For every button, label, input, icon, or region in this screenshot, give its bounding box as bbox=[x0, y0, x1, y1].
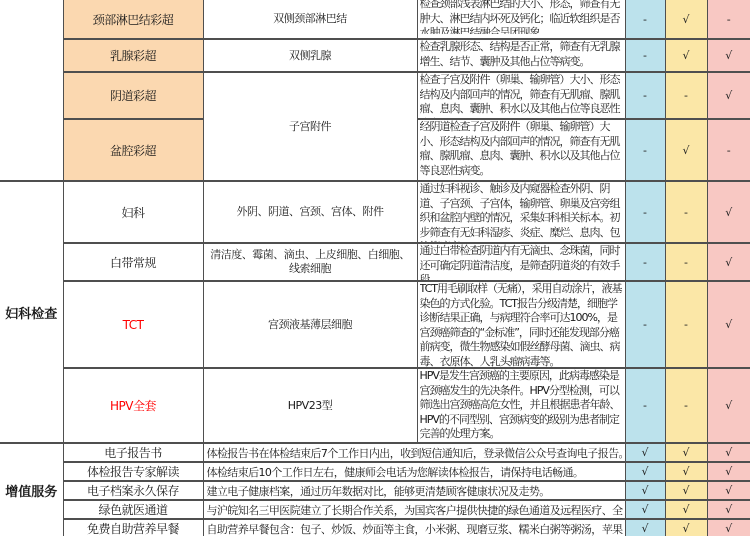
item-hpv-full: HPV全套 bbox=[63, 368, 203, 443]
check-basic-plan: - bbox=[625, 119, 665, 181]
desc-cell: 检查子宫及附件（卵巢、输卵管）大小、形态结构及内部回声的情况，筛查有无肌瘤、腺肌… bbox=[417, 72, 625, 119]
check-mid-plan: √ bbox=[665, 0, 707, 39]
content-cell: 双侧乳腺 bbox=[203, 39, 417, 72]
check-basic-plan: - bbox=[625, 39, 665, 72]
check-mid-plan: √ bbox=[665, 519, 707, 536]
item-tct: TCT bbox=[63, 281, 203, 368]
item-pelvic-ultrasound: 盆腔彩超 bbox=[63, 119, 203, 181]
check-premium-plan: √ bbox=[707, 281, 750, 368]
item-leukorrhea-routine: 白带常规 bbox=[63, 243, 203, 281]
desc-cell: 建立电子健康档案，通过历年数据对比，能够更清楚顾客健康状况及走势。 bbox=[203, 481, 625, 500]
item-e-archive: 电子档案永久保存 bbox=[63, 481, 203, 500]
check-basic-plan: √ bbox=[625, 500, 665, 519]
desc-cell: 检查乳腺形态、结构是否正常，筛查有无乳腺增生、结节、囊肿及其他占位等病变。 bbox=[417, 39, 625, 72]
check-basic-plan: - bbox=[625, 181, 665, 243]
check-premium-plan: √ bbox=[707, 368, 750, 443]
check-mid-plan: - bbox=[665, 72, 707, 119]
category-gynecology: 妇科检查 bbox=[0, 181, 63, 443]
item-vaginal-ultrasound: 阴道彩超 bbox=[63, 72, 203, 119]
check-basic-plan: - bbox=[625, 243, 665, 281]
category-value-added: 增值服务 bbox=[0, 443, 63, 536]
desc-cell: 体检结束后10个工作日左右，健康师会电话为您解读体检报告，请保持电话畅通。 bbox=[203, 462, 625, 481]
content-cell: 双侧颈部淋巴结 bbox=[203, 0, 417, 39]
comparison-table: 颈部淋巴结彩超 双侧颈部淋巴结 检查颈部浅表淋巴结的大小、形态，筛查有无肿大、淋… bbox=[0, 0, 750, 536]
check-mid-plan: - bbox=[665, 368, 707, 443]
check-premium-plan: - bbox=[707, 119, 750, 181]
item-expert-report-reading: 体检报告专家解读 bbox=[63, 462, 203, 481]
check-basic-plan: - bbox=[625, 368, 665, 443]
content-cell: 清洁度、霉菌、滴虫、上皮细胞、白细胞、线索细胞 bbox=[203, 243, 417, 281]
content-cell: 外阴、阴道、宫颈、宫体、附件 bbox=[203, 181, 417, 243]
check-mid-plan: √ bbox=[665, 500, 707, 519]
check-premium-plan: √ bbox=[707, 39, 750, 72]
item-green-medical-channel: 绿色就医通道 bbox=[63, 500, 203, 519]
category-cell-empty bbox=[0, 0, 63, 181]
check-premium-plan: √ bbox=[707, 243, 750, 281]
desc-cell: 与沪皖知名三甲医院建立了长期合作关系，为国宾客户提供快捷的绿色通道及远程医疗、全 bbox=[203, 500, 625, 519]
check-mid-plan: - bbox=[665, 181, 707, 243]
check-premium-plan: √ bbox=[707, 72, 750, 119]
check-basic-plan: √ bbox=[625, 519, 665, 536]
desc-cell: TCT用毛刷取样（无痛），采用自动涂片，液基染色的方式化验。TCT报告分级清楚，… bbox=[417, 281, 625, 368]
check-mid-plan: √ bbox=[665, 481, 707, 500]
check-premium-plan: √ bbox=[707, 500, 750, 519]
item-neck-lymph-ultrasound: 颈部淋巴结彩超 bbox=[63, 0, 203, 39]
check-mid-plan: √ bbox=[665, 39, 707, 72]
check-basic-plan: - bbox=[625, 0, 665, 39]
desc-cell: 通过白带检查阴道内有无滴虫、念珠菌，同时还可确定阴道清洁度，是筛查阴道炎的有效手… bbox=[417, 243, 625, 281]
check-basic-plan: - bbox=[625, 72, 665, 119]
check-mid-plan: - bbox=[665, 281, 707, 368]
check-basic-plan: √ bbox=[625, 462, 665, 481]
content-cell: 宫颈液基薄层细胞 bbox=[203, 281, 417, 368]
check-premium-plan: √ bbox=[707, 462, 750, 481]
check-mid-plan: √ bbox=[665, 119, 707, 181]
check-basic-plan: - bbox=[625, 281, 665, 368]
check-basic-plan: √ bbox=[625, 481, 665, 500]
check-premium-plan: √ bbox=[707, 519, 750, 536]
desc-cell: 自助营养早餐包含：包子、炒饭、炒面等主食，小米粥、现磨豆浆、糯米白粥等粥汤，苹果 bbox=[203, 519, 625, 536]
item-breast-ultrasound: 乳腺彩超 bbox=[63, 39, 203, 72]
desc-cell: 体检报告书在体检结束后7个工作日内出，收到短信通知后，登录微信公众号查询电子报告… bbox=[203, 443, 625, 462]
item-free-breakfast: 免费自助营养早餐 bbox=[63, 519, 203, 536]
check-mid-plan: - bbox=[665, 243, 707, 281]
check-premium-plan: √ bbox=[707, 443, 750, 462]
desc-cell: HPV是发生宫颈癌的主要原因，此病毒感染是宫颈癌发生的先决条件。HPV分型检测，… bbox=[417, 368, 625, 443]
desc-cell: 通过妇科视诊、触诊及内窥器检查外阴、阴道、子宫颈、子宫体，输卵管、卵巢及宫旁组织… bbox=[417, 181, 625, 243]
desc-cell: 检查颈部浅表淋巴结的大小、形态，筛查有无肿大、淋巴结内坏死及钙化；临近软组织是否… bbox=[417, 0, 625, 39]
checkup-package-comparison-table: 颈部淋巴结彩超 双侧颈部淋巴结 检查颈部浅表淋巴结的大小、形态，筛查有无肿大、淋… bbox=[0, 0, 750, 536]
content-cell-uterus-adnexa: 子宫附件 bbox=[203, 72, 417, 181]
check-premium-plan: - bbox=[707, 0, 750, 39]
desc-cell: 经阴道检查子宫及附件（卵巢、输卵管）大小、形态结构及内部回声的情况，筛查有无肌瘤… bbox=[417, 119, 625, 181]
check-mid-plan: √ bbox=[665, 462, 707, 481]
check-mid-plan: √ bbox=[665, 443, 707, 462]
item-gynecology-exam: 妇科 bbox=[63, 181, 203, 243]
content-cell: HPV23型 bbox=[203, 368, 417, 443]
check-basic-plan: √ bbox=[625, 443, 665, 462]
check-premium-plan: √ bbox=[707, 181, 750, 243]
check-premium-plan: √ bbox=[707, 481, 750, 500]
item-e-report: 电子报告书 bbox=[63, 443, 203, 462]
